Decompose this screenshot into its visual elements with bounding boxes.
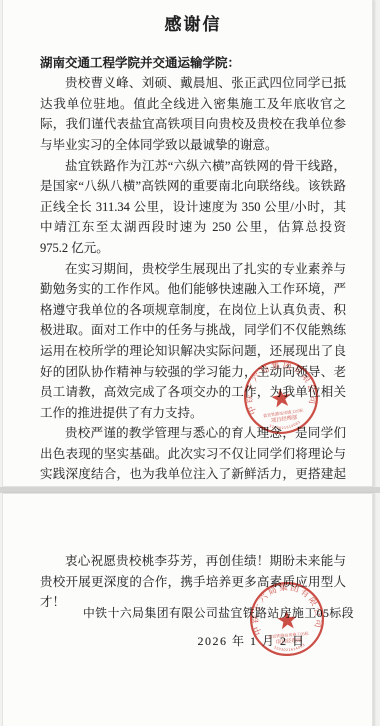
page-1-content: 感谢信 湖南交通工程学院并交通运输学院： 贵校曹义峰、刘硕、戴晨旭、张正武四位同…	[3, 0, 372, 486]
letter-page-1: 感谢信 湖南交通工程学院并交通运输学院： 贵校曹义峰、刘硕、戴晨旭、张正武四位同…	[2, 0, 373, 487]
document-viewer: 感谢信 湖南交通工程学院并交通运输学院： 贵校曹义峰、刘硕、戴晨旭、张正武四位同…	[0, 0, 380, 726]
addressee-line: 湖南交通工程学院并交通运输学院：	[40, 53, 346, 74]
paragraph-3: 在实习期间，贵校学生展现出了扎实的专业素养与勤勉务实的工作作风。他们能够快速融入…	[40, 259, 346, 424]
paragraph-2: 盐宜铁路作为江苏“六纵六横”高铁网的骨干线路，是国家“八纵八横”高铁网的重要南北…	[40, 156, 346, 259]
date-line: 2026 年 1 月 2 日	[131, 632, 372, 649]
letter-title: 感谢信	[40, 15, 346, 36]
signature-line: 中铁十六局集团有限公司盐宜铁路站房施工05标段	[65, 604, 372, 621]
paragraph-1: 贵校曹义峰、刘硕、戴晨旭、张正武四位同学已抵达我单位驻地。值此全线进入密集施工及…	[40, 73, 346, 155]
letter-page-2: 衷心祝愿贵校桃李芬芳，再创佳绩！期盼未来能与贵校开展更深度的合作，携手培养更多高…	[2, 493, 373, 726]
